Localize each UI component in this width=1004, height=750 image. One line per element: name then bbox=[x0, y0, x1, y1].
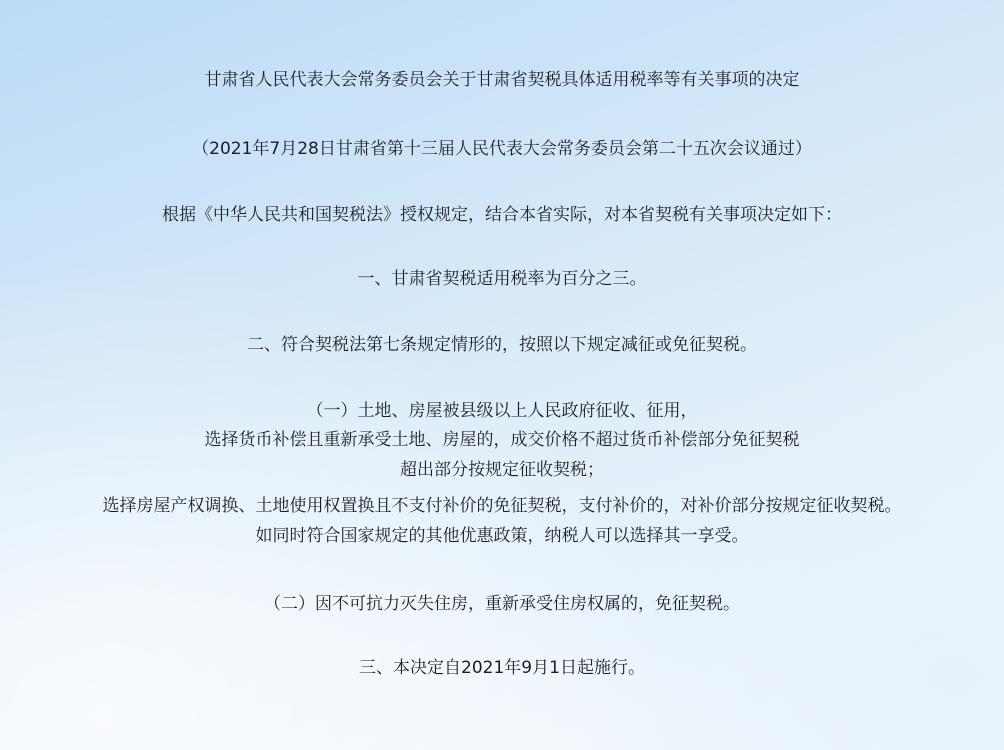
article-1: 一、甘肃省契税适用税率为百分之三。 bbox=[0, 267, 1004, 291]
article-2-item-1-line-4: 选择房屋产权调换、土地使用权置换且不支付补价的免征契税，支付补价的，对补价部分按… bbox=[0, 494, 1004, 518]
article-2-item-1-line-2: 选择货币补偿且重新承受土地、房屋的，成交价格不超过货币补偿部分免征契税 bbox=[0, 428, 1004, 452]
article-2-item-1-line-3: 超出部分按规定征收契税； bbox=[0, 458, 1004, 482]
article-2: 二、符合契税法第七条规定情形的，按照以下规定减征或免征契税。 bbox=[0, 333, 1004, 357]
preamble: 根据《中华人民共和国契税法》授权规定，结合本省实际，对本省契税有关事项决定如下： bbox=[0, 203, 1004, 227]
article-2-item-1-line-5: 如同时符合国家规定的其他优惠政策，纳税人可以选择其一享受。 bbox=[0, 524, 1004, 548]
document-subtitle: （2021年7月28日甘肃省第十三届人民代表大会常务委员会第二十五次会议通过） bbox=[0, 137, 1004, 161]
article-2-item-1-line-1: （一）土地、房屋被县级以上人民政府征收、征用， bbox=[0, 399, 1004, 423]
article-3: 三、本决定自2021年9月1日起施行。 bbox=[0, 656, 1004, 680]
decision-document: 甘肃省人民代表大会常务委员会关于甘肃省契税具体适用税率等有关事项的决定 （202… bbox=[0, 0, 1004, 750]
article-2-item-2: （二）因不可抗力灭失住房，重新承受住房权属的，免征契税。 bbox=[0, 592, 1004, 616]
document-title: 甘肃省人民代表大会常务委员会关于甘肃省契税具体适用税率等有关事项的决定 bbox=[0, 68, 1004, 92]
